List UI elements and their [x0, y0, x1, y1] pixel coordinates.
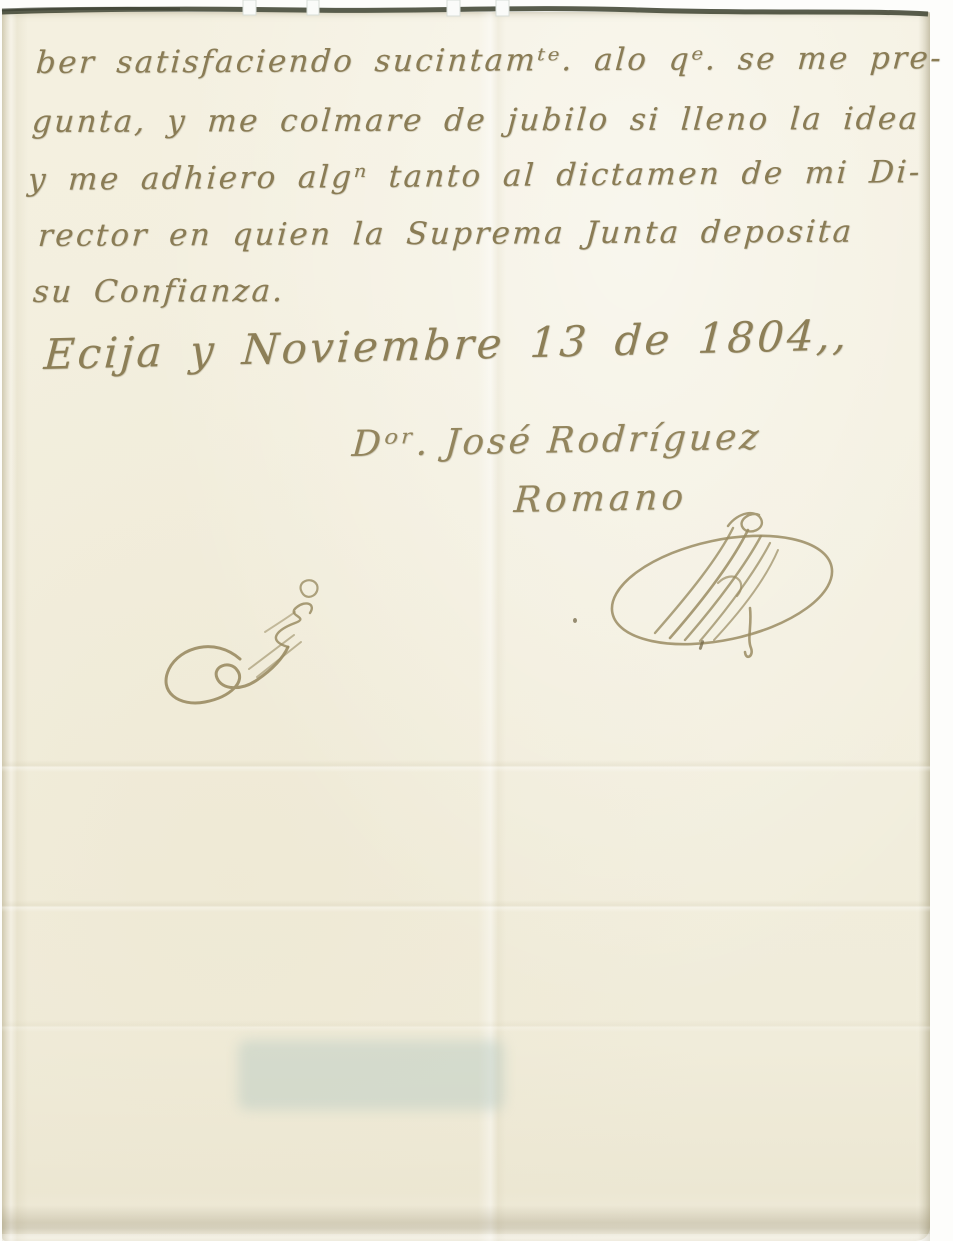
fold-crease: [2, 1020, 930, 1032]
fold-crease: [2, 900, 930, 912]
ink-speck: [573, 618, 577, 623]
signature-name: Dᵒʳ. José Rodríguez: [351, 417, 763, 465]
handwritten-line-2: gunta, y me colmare de jubilo si lleno l…: [31, 101, 921, 140]
scan-corner-gap: [932, 0, 953, 16]
handwritten-line-1: ber satisfaciendo sucintamᵗᵉ. alo qᵉ. se…: [35, 40, 944, 81]
fold-crease: [2, 760, 930, 772]
handwritten-line-5: su Confianza.: [32, 273, 286, 310]
manuscript-page: ber satisfaciendo sucintamᵗᵉ. alo qᵉ. se…: [2, 12, 930, 1241]
paper-bottom-shadow: [2, 1205, 930, 1237]
page-top-edge: [0, 0, 953, 22]
secondary-rubric-flourish: [145, 574, 355, 719]
verso-show-through-stain: [238, 1040, 504, 1110]
handwritten-line-4: rector en quien la Suprema Junta deposit…: [37, 214, 855, 254]
dateline: Ecija y Noviembre 13 de 1804,,: [42, 310, 850, 379]
paper-bottom-curl: [2, 1234, 930, 1241]
handwritten-line-3: y me adhiero algⁿ tanto al dictamen de m…: [27, 154, 923, 198]
signature-rubric-flourish: [600, 498, 845, 668]
scan-background: ber satisfaciendo sucintamᵗᵉ. alo qᵉ. se…: [0, 0, 953, 1241]
paper-right-edge: [916, 12, 930, 1241]
paper-left-deckle-edge: [2, 12, 28, 1241]
